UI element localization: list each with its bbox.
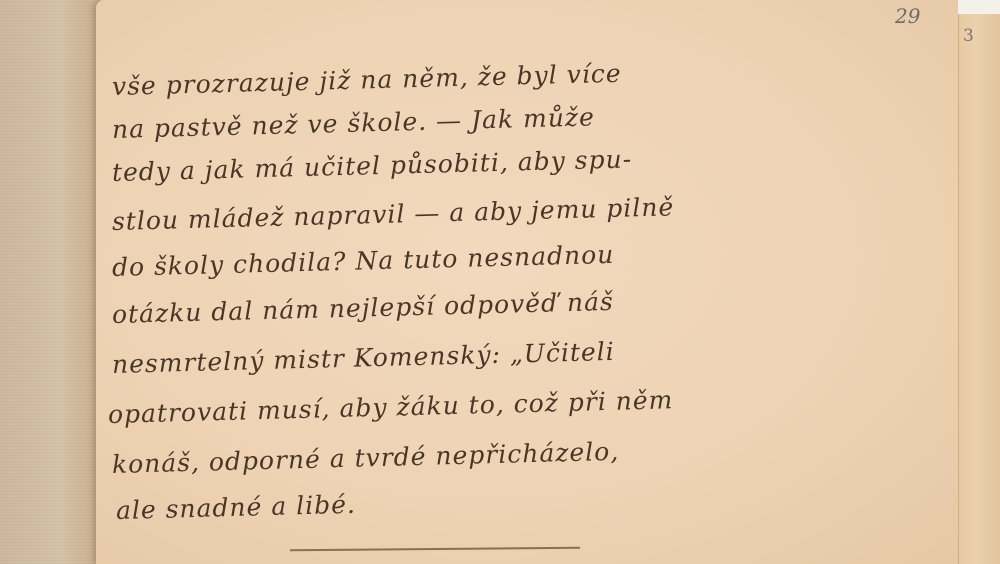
page-number: 29 <box>895 4 920 28</box>
next-page-number: 3 <box>963 26 974 46</box>
background-strip <box>958 0 1000 14</box>
book-cover-left <box>0 0 100 564</box>
next-page-edge <box>958 14 1000 564</box>
